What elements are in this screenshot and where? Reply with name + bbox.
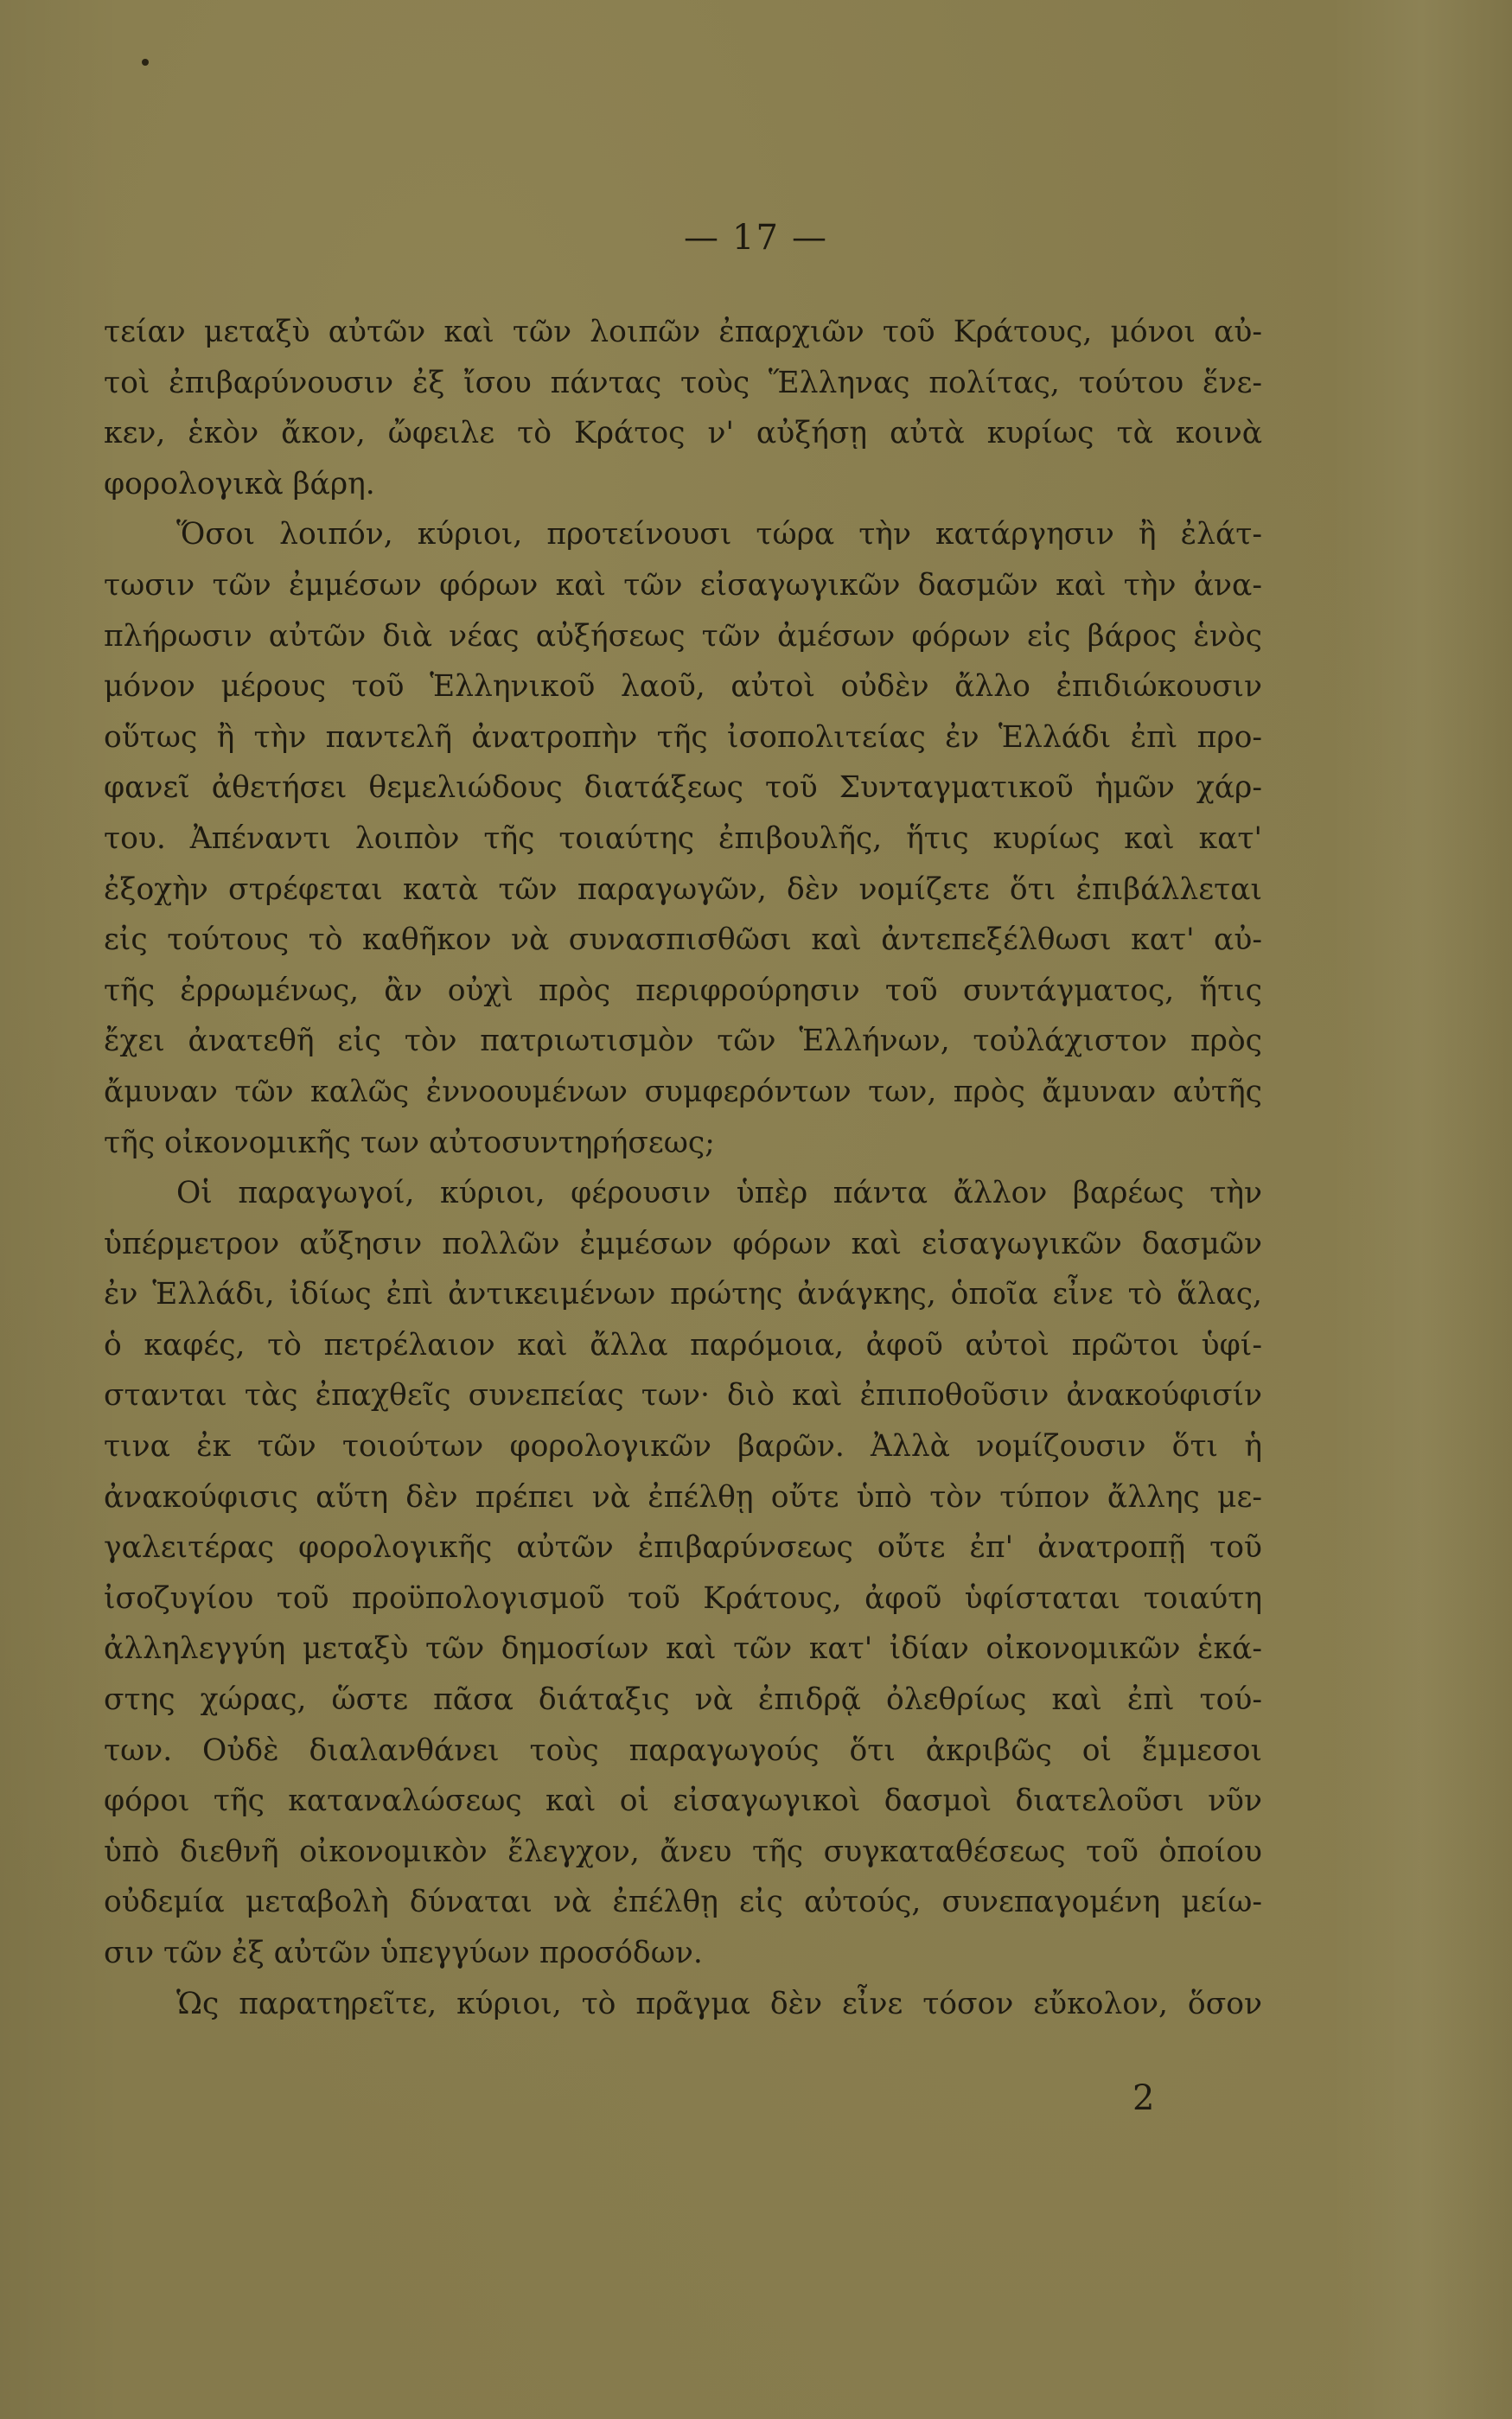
scanned-page: —17— τείαν μεταξὺ αὐτῶν καὶ τῶν λοιπῶν ἐ…: [0, 0, 1512, 2419]
text-line: Ὅσοι λοιπόν, κύριοι, προτείνουσι τώρα τὴ…: [104, 509, 1262, 560]
text-line: φόροι τῆς καταναλώσεως καὶ οἱ εἰσαγωγικο…: [104, 1776, 1262, 1827]
paragraph: Ὡς παρατηρεῖτε, κύριοι, τὸ πρᾶγμα δὲν εἶ…: [104, 1979, 1262, 2030]
text-line: ὑπὸ διεθνῆ οἰκονομικὸν ἔλεγχον, ἄνευ τῆς…: [104, 1827, 1262, 1878]
text-line: ἀνακούφισις αὕτη δὲν πρέπει νὰ ἐπέλθῃ οὔ…: [104, 1472, 1262, 1523]
text-line: τινα ἐκ τῶν τοιούτων φορολογικῶν βαρῶν. …: [104, 1421, 1262, 1472]
text-line: ὁ καφές, τὸ πετρέλαιον καὶ ἄλλα παρόμοια…: [104, 1320, 1262, 1371]
text-line: των. Οὐδὲ διαλανθάνει τοὺς παραγωγούς ὅτ…: [104, 1726, 1262, 1777]
text-line: ἰσοζυγίου τοῦ προϋπολογισμοῦ τοῦ Κράτους…: [104, 1573, 1262, 1624]
text-line: ἔχει ἀνατεθῆ εἰς τὸν πατριωτισμὸν τῶν Ἑλ…: [104, 1016, 1262, 1067]
page-number: 17: [732, 218, 780, 258]
text-line: φανεῖ ἀθετήσει θεμελιώδους διατάξεως τοῦ…: [104, 763, 1262, 814]
text-line: οὕτως ἢ τὴν παντελῆ ἀνατροπὴν τῆς ἰσοπολ…: [104, 712, 1262, 763]
header-dash-right: —: [792, 218, 828, 258]
text-line: γαλειτέρας φορολογικῆς αὐτῶν ἐπιβαρύνσεω…: [104, 1522, 1262, 1573]
text-line: σιν τῶν ἐξ αὐτῶν ὑπεγγύων προσόδων.: [104, 1928, 1262, 1979]
text-line: ἀλληλεγγύη μεταξὺ τῶν δημοσίων καὶ τῶν κ…: [104, 1624, 1262, 1675]
text-line: τῆς ἐρρωμένως, ἂν οὐχὶ πρὸς περιφρούρησι…: [104, 966, 1262, 1017]
text-line: στανται τὰς ἐπαχθεῖς συνεπείας των· διὸ …: [104, 1370, 1262, 1421]
text-line: τωσιν τῶν ἐμμέσων φόρων καὶ τῶν εἰσαγωγι…: [104, 560, 1262, 611]
text-line: του. Ἀπέναντι λοιπὸν τῆς τοιαύτης ἐπιβου…: [104, 814, 1262, 865]
paragraph: Οἱ παραγωγοί, κύριοι, φέρουσιν ὑπὲρ πάντ…: [104, 1168, 1262, 1979]
text-line: στης χώρας, ὥστε πᾶσα διάταξις νὰ ἐπιδρᾷ…: [104, 1675, 1262, 1726]
text-line: οὐδεμία μεταβολὴ δύναται νὰ ἐπέλθῃ εἰς α…: [104, 1877, 1262, 1928]
paragraph: Ὅσοι λοιπόν, κύριοι, προτείνουσι τώρα τὴ…: [104, 509, 1262, 1168]
text-line: τῆς οἰκονομικῆς των αὐτοσυντηρήσεως;: [104, 1118, 1262, 1169]
text-line: τοὶ ἐπιβαρύνουσιν ἐξ ἴσου πάντας τοὺς Ἕλ…: [104, 358, 1262, 409]
text-line: ὑπέρμετρον αὔξησιν πολλῶν ἐμμέσων φόρων …: [104, 1219, 1262, 1270]
body-text: τείαν μεταξὺ αὐτῶν καὶ τῶν λοιπῶν ἐπαρχι…: [104, 307, 1262, 2029]
text-line: κεν, ἑκὸν ἄκον, ὤφειλε τὸ Κράτος ν' αὐξή…: [104, 408, 1262, 459]
text-line: ἐν Ἑλλάδι, ἰδίως ἐπὶ ἀντικειμένων πρώτης…: [104, 1269, 1262, 1320]
signature-mark: 2: [1132, 2078, 1154, 2118]
text-line: φορολογικὰ βάρη.: [104, 459, 1262, 510]
text-line: ἄμυναν τῶν καλῶς ἐννοουμένων συμφερόντων…: [104, 1067, 1262, 1118]
text-line: εἰς τούτους τὸ καθῆκον νὰ συνασπισθῶσι κ…: [104, 915, 1262, 966]
text-line: πλήρωσιν αὐτῶν διὰ νέας αὐξήσεως τῶν ἀμέ…: [104, 611, 1262, 662]
ink-speck: [142, 59, 149, 66]
text-line: τείαν μεταξὺ αὐτῶν καὶ τῶν λοιπῶν ἐπαρχι…: [104, 307, 1262, 358]
page-number-header: —17—: [0, 218, 1512, 258]
text-line: Ὡς παρατηρεῖτε, κύριοι, τὸ πρᾶγμα δὲν εἶ…: [104, 1979, 1262, 2030]
header-dash-left: —: [684, 218, 720, 258]
paragraph-continued: τείαν μεταξὺ αὐτῶν καὶ τῶν λοιπῶν ἐπαρχι…: [104, 307, 1262, 509]
text-line: μόνον μέρους τοῦ Ἑλληνικοῦ λαοῦ, αὐτοὶ ο…: [104, 661, 1262, 712]
text-line: Οἱ παραγωγοί, κύριοι, φέρουσιν ὑπὲρ πάντ…: [104, 1168, 1262, 1219]
text-line: ἐξοχὴν στρέφεται κατὰ τῶν παραγωγῶν, δὲν…: [104, 865, 1262, 916]
